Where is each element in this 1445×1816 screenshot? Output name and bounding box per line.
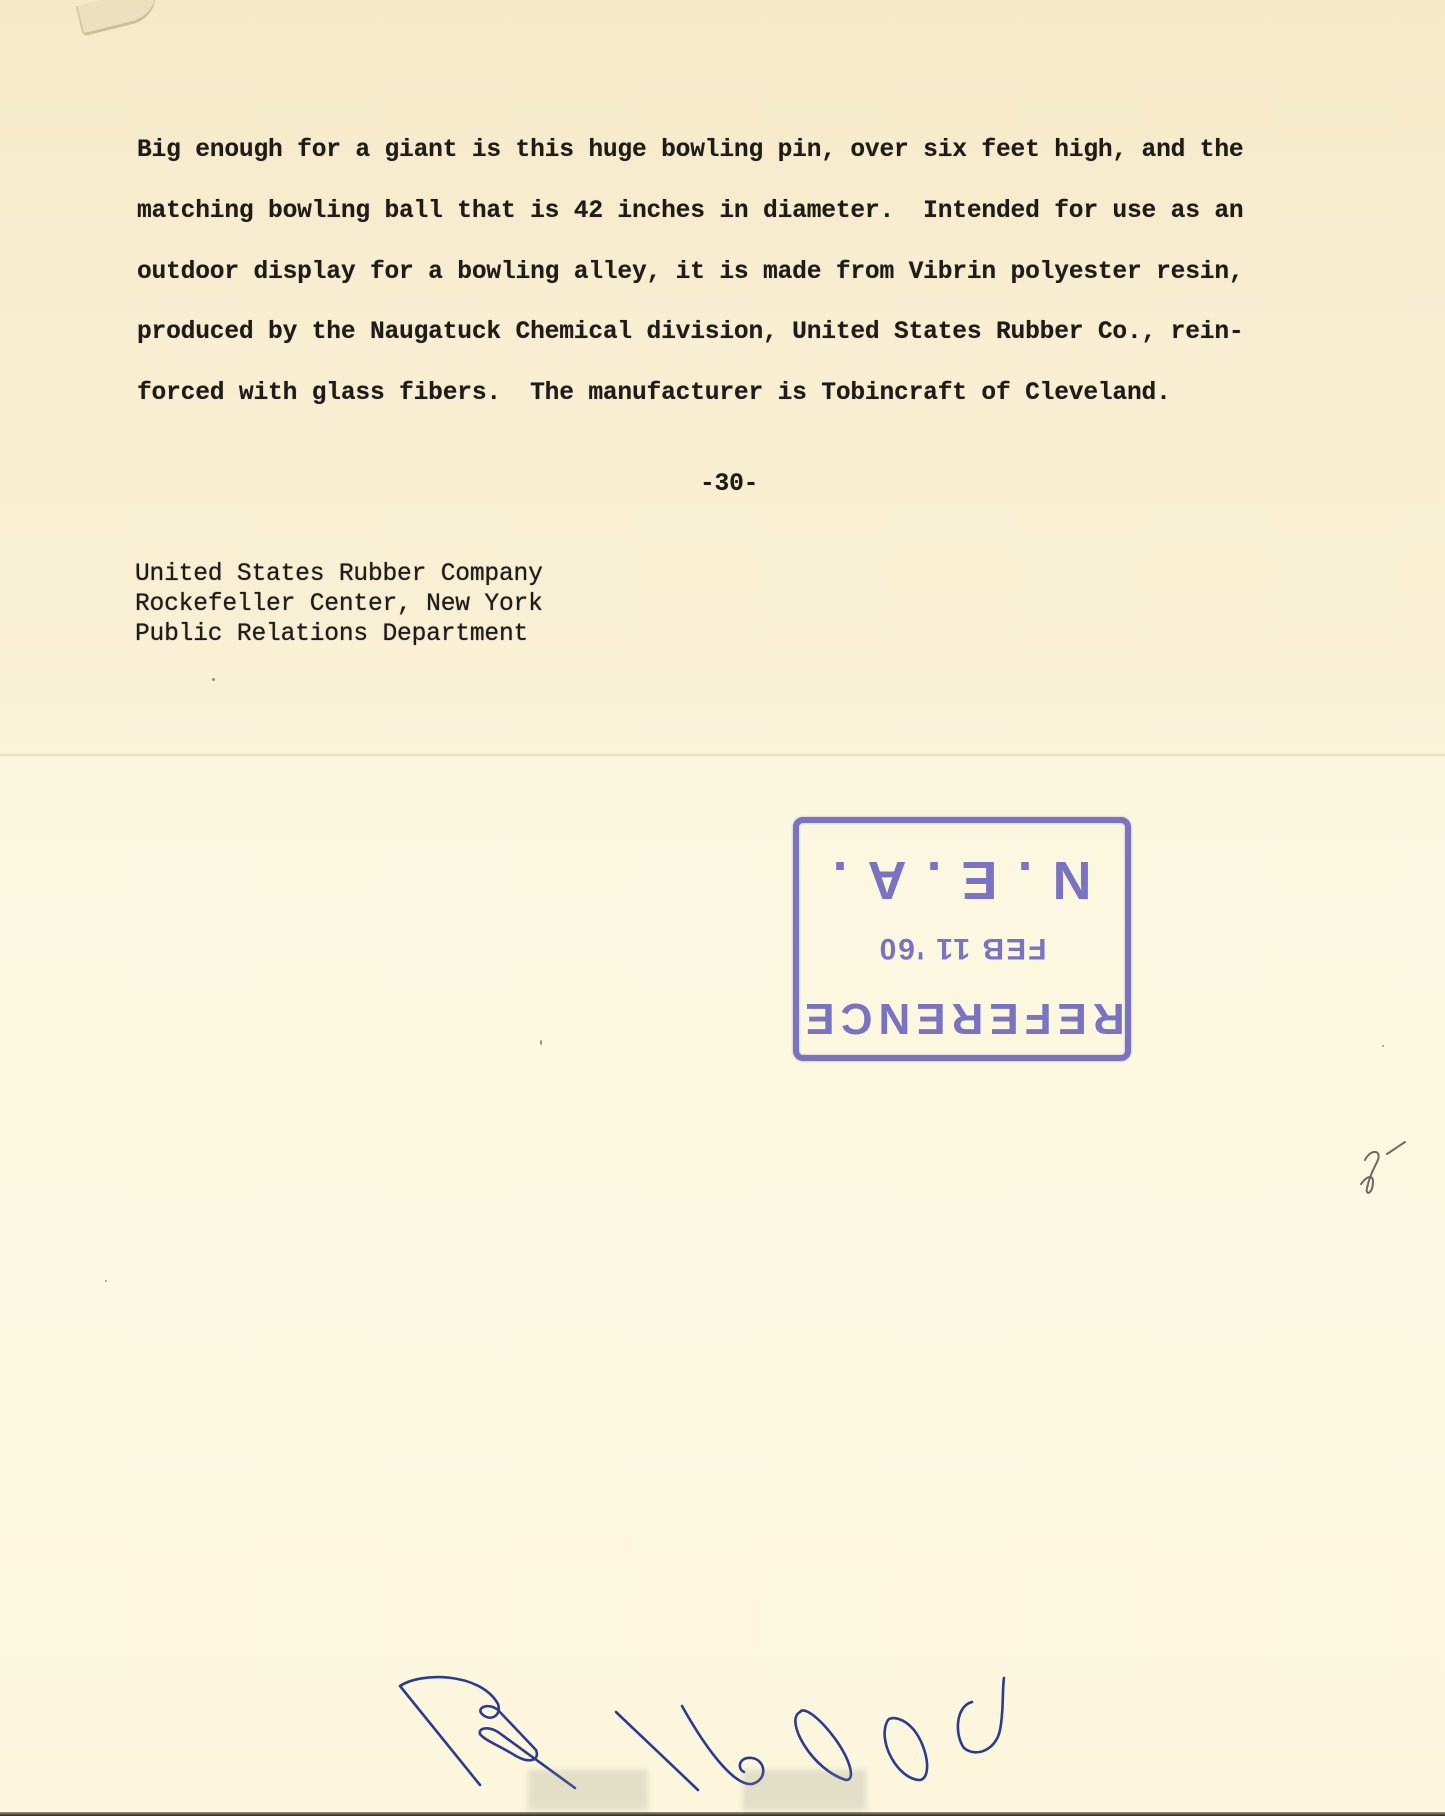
stamp-reference-label: REFERENCE: [799, 993, 1125, 1043]
reference-stamp: REFERENCE FEB 11 '60 N.E.A.: [793, 817, 1131, 1061]
paper-speck: [540, 1040, 542, 1045]
handwritten-code: [380, 1660, 1040, 1800]
body-line-3: outdoor display for a bowling alley, it …: [137, 258, 1243, 288]
fold-reverse-text: V - 1 - 88: [425, 755, 641, 775]
stamp-date: FEB 11 '60: [799, 931, 1125, 965]
signature-line-department: Public Relations Department: [135, 620, 528, 650]
stamp-content: REFERENCE FEB 11 '60 N.E.A.: [799, 823, 1125, 1055]
fold-line: [0, 754, 1445, 757]
stamp-agency: N.E.A.: [799, 849, 1125, 911]
pencil-mark-2: [1355, 1132, 1425, 1202]
body-line-5: forced with glass fibers. The manufactur…: [137, 379, 1171, 409]
signature-line-location: Rockefeller Center, New York: [135, 590, 543, 620]
corner-stain: [75, 0, 162, 36]
body-line-4: produced by the Naugatuck Chemical divis…: [137, 318, 1243, 348]
paper-speck: [1382, 1045, 1384, 1047]
paper-speck: [105, 1280, 107, 1282]
scan-bottom-edge: [0, 1812, 1445, 1816]
paper-speck: [212, 678, 215, 681]
body-line-2: matching bowling ball that is 42 inches …: [137, 197, 1243, 227]
ink-smudge: [743, 1770, 866, 1810]
end-mark: -30-: [700, 470, 758, 500]
ink-smudge: [528, 1770, 648, 1810]
body-line-1: Big enough for a giant is this huge bowl…: [137, 136, 1243, 166]
signature-line-company: United States Rubber Company: [135, 560, 543, 590]
